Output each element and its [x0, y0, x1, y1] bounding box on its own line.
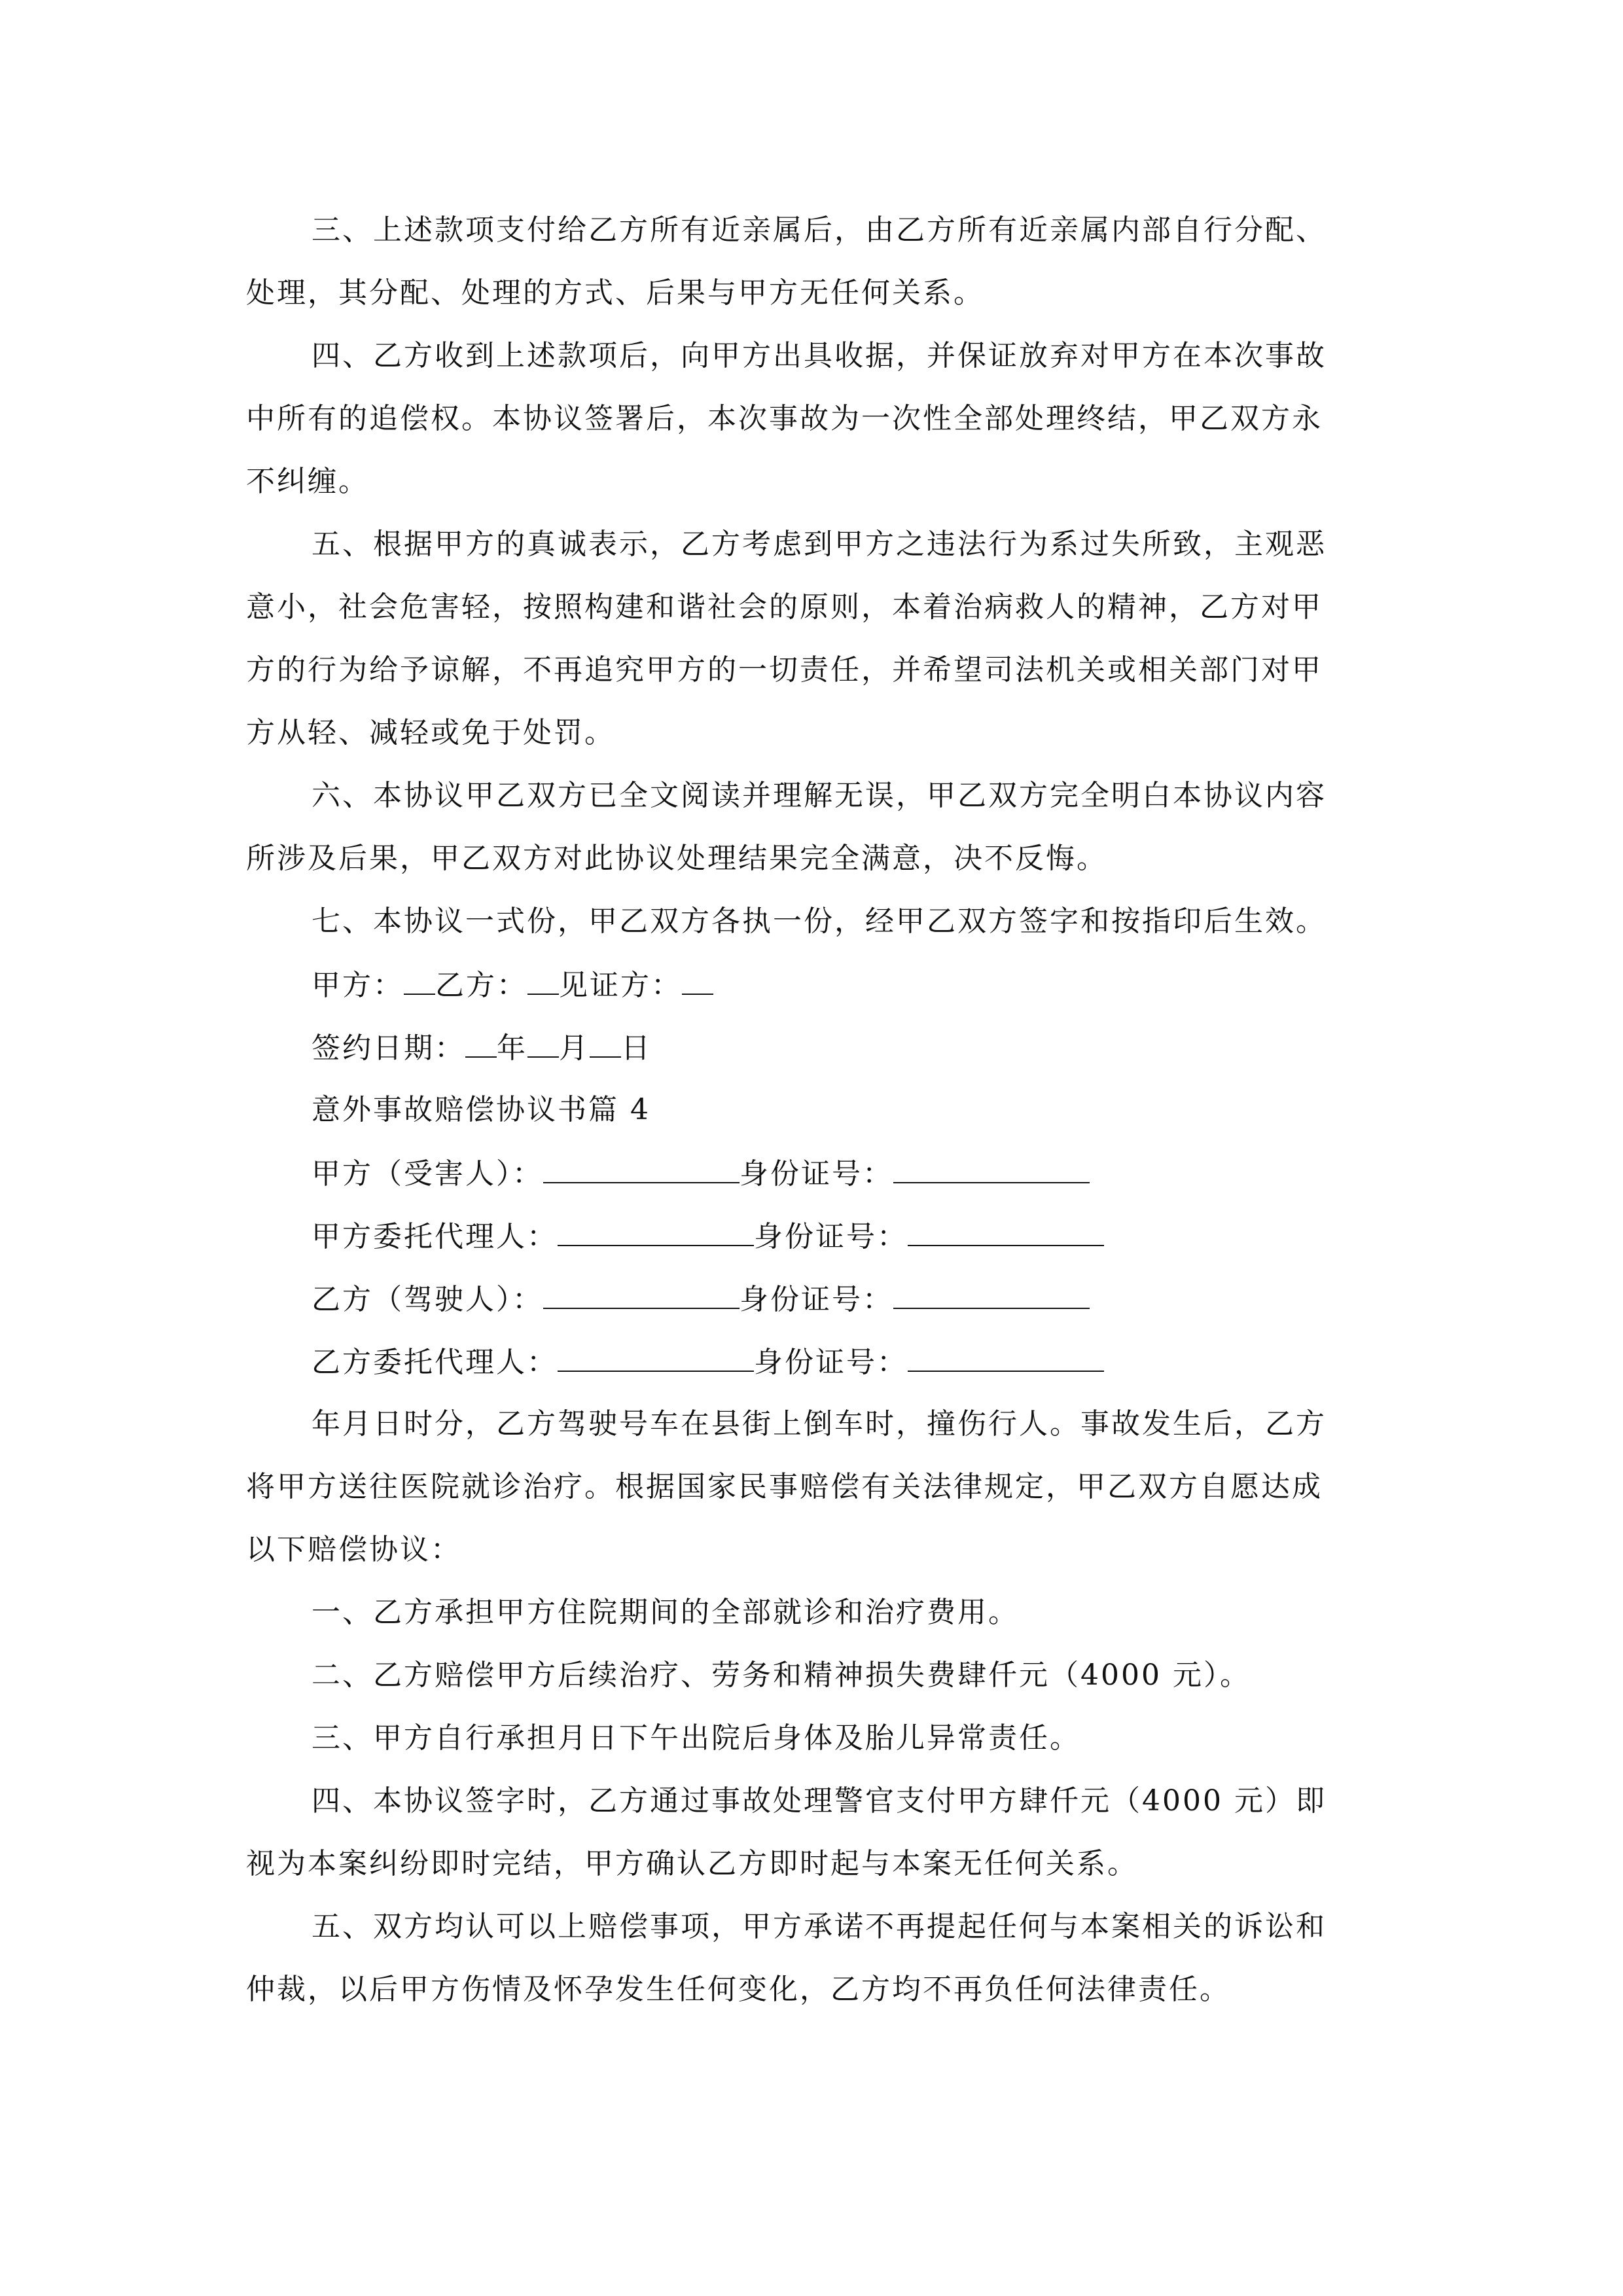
- s4-clause-1: 一、乙方承担甲方住院期间的全部就诊和治疗费用。: [312, 1593, 1019, 1632]
- name-blank: [558, 1342, 754, 1372]
- s4-clause-2: 二、乙方赔偿甲方后续治疗、劳务和精神损失费肆仟元（4000 元）。: [312, 1656, 1251, 1695]
- intro-line-3: 以下赔偿协议：: [246, 1530, 461, 1570]
- party-a-label: 甲方：: [312, 969, 404, 1002]
- intro-line-2: 将甲方送往医院就诊治疗。根据国家民事赔偿有关法律规定，甲乙双方自愿达成: [246, 1467, 1323, 1507]
- witness-blank: [682, 965, 713, 995]
- party-row-1: 甲方（受害人）：身份证号：: [312, 1153, 1090, 1193]
- id-blank: [893, 1153, 1090, 1183]
- party-label: 乙方委托代理人：: [312, 1346, 558, 1379]
- clause-7: 七、本协议一式份，甲乙双方各执一份，经甲乙双方签字和按指印后生效。: [312, 902, 1327, 941]
- sign-date-line: 签约日期：年月日: [312, 1028, 652, 1067]
- day-blank: [590, 1028, 621, 1058]
- s4-clause-3: 三、甲方自行承担月日下午出院后身体及胎儿异常责任。: [312, 1719, 1080, 1758]
- year-blank: [465, 1028, 497, 1058]
- id-label: 身份证号：: [740, 1157, 893, 1191]
- witness-label: 见证方：: [559, 969, 682, 1002]
- section-4-title: 意外事故赔偿协议书篇 4: [312, 1090, 651, 1130]
- sign-date-label: 签约日期：: [312, 1031, 465, 1065]
- id-blank: [893, 1279, 1090, 1309]
- clause-5-line-1: 五、根据甲方的真诚表示，乙方考虑到甲方之违法行为系过失所致，主观恶: [312, 525, 1327, 564]
- clause-5-line-2: 意小，社会危害轻，按照构建和谐社会的原则，本着治病救人的精神，乙方对甲: [246, 588, 1323, 627]
- clause-4-line-2: 中所有的追偿权。本协议签署后，本次事故为一次性全部处理终结，甲乙双方永: [246, 399, 1323, 439]
- party-label: 甲方委托代理人：: [312, 1220, 558, 1253]
- s4-clause-5-line-1: 五、双方均认可以上赔偿事项，甲方承诺不再提起任何与本案相关的诉讼和: [312, 1907, 1327, 1946]
- clause-5-line-3: 方的行为给予谅解，不再追究甲方的一切责任，并希望司法机关或相关部门对甲: [246, 651, 1323, 690]
- clause-6-line-1: 六、本协议甲乙双方已全文阅读并理解无误，甲乙双方完全明白本协议内容: [312, 776, 1327, 816]
- clause-4-line-3: 不纠缠。: [246, 462, 369, 501]
- id-label: 身份证号：: [754, 1346, 908, 1379]
- clause-5-line-4: 方从轻、减轻或免于处罚。: [246, 713, 615, 753]
- name-blank: [543, 1279, 740, 1309]
- party-label: 甲方（受害人）：: [312, 1157, 543, 1191]
- id-label: 身份证号：: [754, 1220, 908, 1253]
- s4-clause-4-line-1: 四、本协议签字时，乙方通过事故处理警官支付甲方肆仟元（4000 元）即: [312, 1782, 1327, 1821]
- day-label: 日: [621, 1031, 652, 1065]
- clause-6-line-2: 所涉及后果，甲乙双方对此协议处理结果完全满意，决不反悔。: [246, 839, 1107, 878]
- party-row-2: 甲方委托代理人：身份证号：: [312, 1216, 1104, 1255]
- signature-line: 甲方：乙方：见证方：: [312, 965, 713, 1004]
- clause-3-line-1: 三、上述款项支付给乙方所有近亲属后，由乙方所有近亲属内部自行分配、: [312, 211, 1327, 250]
- party-b-label: 乙方：: [435, 969, 527, 1002]
- party-row-4: 乙方委托代理人：身份证号：: [312, 1342, 1104, 1381]
- party-row-3: 乙方（驾驶人）：身份证号：: [312, 1279, 1090, 1318]
- party-label: 乙方（驾驶人）：: [312, 1283, 543, 1316]
- year-label: 年: [497, 1031, 527, 1065]
- party-a-blank: [404, 965, 435, 995]
- id-blank: [908, 1342, 1104, 1372]
- intro-line-1: 年月日时分，乙方驾驶号车在县街上倒车时，撞伤行人。事故发生后，乙方: [312, 1405, 1327, 1444]
- clause-4-line-1: 四、乙方收到上述款项后，向甲方出具收据，并保证放弃对甲方在本次事故: [312, 336, 1327, 376]
- name-blank: [558, 1216, 754, 1246]
- clause-3-line-2: 处理，其分配、处理的方式、后果与甲方无任何关系。: [246, 274, 984, 313]
- s4-clause-4-line-2: 视为本案纠纷即时完结，甲方确认乙方即时起与本案无任何关系。: [246, 1844, 1138, 1884]
- s4-clause-5-line-2: 仲裁，以后甲方伤情及怀孕发生任何变化，乙方均不再负任何法律责任。: [246, 1970, 1230, 2009]
- name-blank: [543, 1153, 740, 1183]
- party-b-blank: [527, 965, 559, 995]
- month-label: 月: [559, 1031, 590, 1065]
- id-blank: [908, 1216, 1104, 1246]
- id-label: 身份证号：: [740, 1283, 893, 1316]
- month-blank: [527, 1028, 559, 1058]
